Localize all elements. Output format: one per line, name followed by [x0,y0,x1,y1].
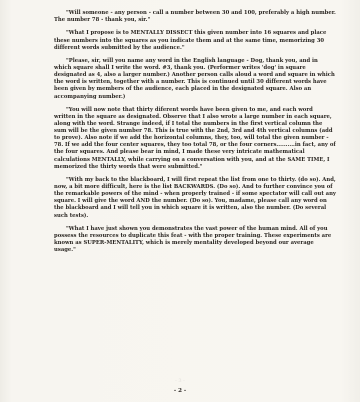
document-page: "Will someone - any person - call a numb… [0,0,360,402]
paragraph-word-request: "Please, sir, will you name any word in … [54,58,336,101]
paragraph-magic-square: "You will now note that thirty diferent … [54,107,336,171]
paragraph-conclusion: "What I have just shown you demonstrates… [54,226,336,254]
paragraph-proposal: "What I propose is to MENTALLY DISSECT t… [54,30,336,51]
bleed-through-mark: - 3 - [0,378,360,384]
document-body: "Will someone - any person - call a numb… [54,10,336,261]
page-number: - 2 - [0,388,360,394]
paragraph-call-number: "Will someone - any person - call a numb… [54,10,336,24]
paragraph-recall: "With my back to the blackboard, I will … [54,177,336,220]
